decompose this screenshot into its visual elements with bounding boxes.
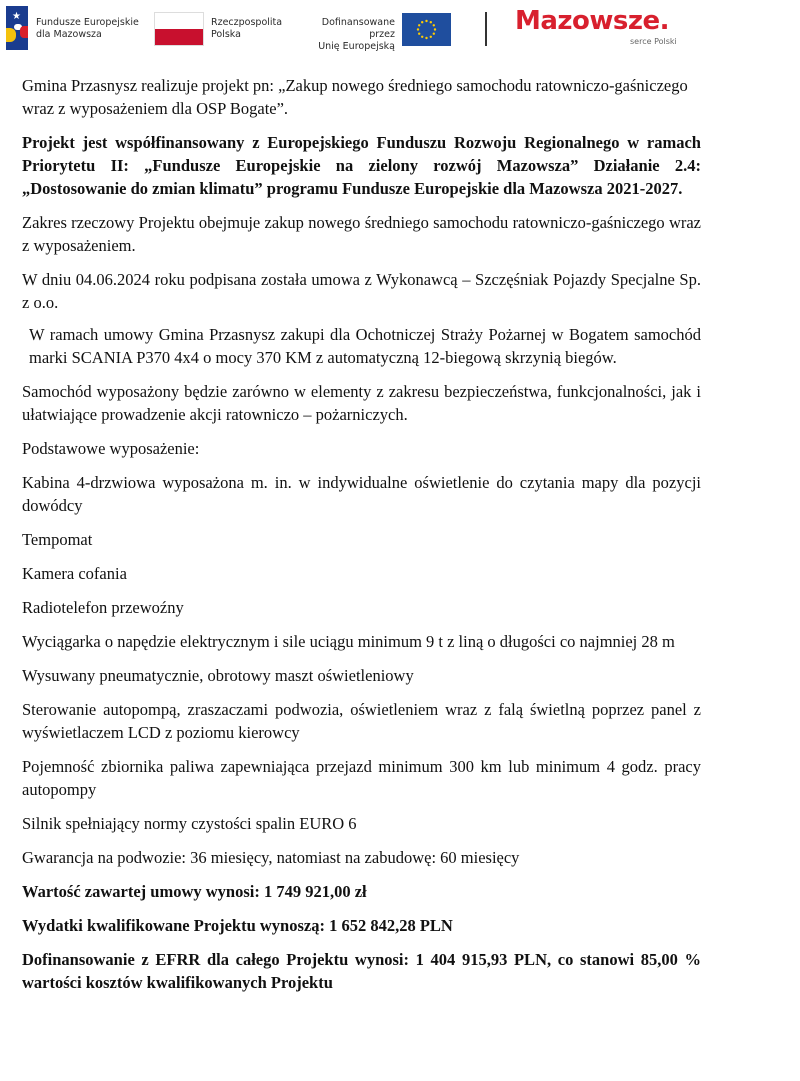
equipment-intro-paragraph: Samochód wyposażony będzie zarówno w ele… (22, 380, 701, 426)
polish-flag-icon (154, 12, 204, 46)
eu-line2: Unię Europejską (300, 41, 395, 53)
fundusze-europejskie-logo-text: Fundusze Europejskie dla Mazowsza (36, 17, 139, 41)
rzeczpospolita-logo-text: Rzeczpospolita Polska (211, 17, 282, 41)
logo-divider (485, 12, 487, 46)
contract-paragraph: W dniu 04.06.2024 roku podpisana została… (22, 268, 701, 314)
equipment-item: Kabina 4-drzwiowa wyposażona m. in. w in… (22, 471, 701, 517)
equipment-item: Silnik spełniający normy czystości spali… (22, 812, 701, 835)
rp-line1: Rzeczpospolita (211, 17, 282, 29)
equipment-item: Sterowanie autopompą, zraszaczami podwoz… (22, 698, 701, 744)
scope-paragraph: Zakres rzeczowy Projektu obejmuje zakup … (22, 211, 701, 257)
equipment-item: Radiotelefon przewoźny (22, 596, 701, 619)
mazowsze-tagline: serce Polski (630, 37, 677, 46)
vehicle-paragraph: W ramach umowy Gmina Przasnysz zakupi dl… (22, 323, 701, 369)
equipment-item: Wyciągarka o napędzie elektrycznym i sil… (22, 630, 701, 653)
eligible-costs: Wydatki kwalifikowane Projektu wynoszą: … (22, 914, 701, 937)
intro-paragraph: Gmina Przasnysz realizuje projekt pn: „Z… (22, 74, 701, 120)
fe-line2: dla Mazowsza (36, 29, 139, 41)
fe-line1: Fundusze Europejskie (36, 17, 139, 29)
eu-flag-icon (402, 13, 451, 46)
logo-bar: ★ Fundusze Europejskie dla Mazowsza Rzec… (0, 0, 800, 60)
equipment-item: Wysuwany pneumatycznie, obrotowy maszt o… (22, 664, 701, 687)
equipment-heading: Podstawowe wyposażenie: (22, 437, 701, 460)
equipment-item: Gwarancja na podwozie: 36 miesięcy, nato… (22, 846, 701, 869)
rp-line2: Polska (211, 29, 282, 41)
equipment-item: Pojemność zbiornika paliwa zapewniająca … (22, 755, 701, 801)
equipment-item: Tempomat (22, 528, 701, 551)
document-body: Gmina Przasnysz realizuje projekt pn: „Z… (22, 74, 701, 1005)
cofinancing-paragraph: Projekt jest współfinansowany z Europejs… (22, 131, 701, 200)
fundusze-europejskie-logo-icon: ★ (6, 6, 28, 50)
eu-line1: Dofinansowane przez (300, 17, 395, 41)
mazowsze-logo: Mazowsze. (515, 6, 669, 36)
contract-value: Wartość zawartej umowy wynosi: 1 749 921… (22, 880, 701, 903)
equipment-item: Kamera cofania (22, 562, 701, 585)
funding-amount: Dofinansowanie z EFRR dla całego Projekt… (22, 948, 701, 994)
eu-logo-text: Dofinansowane przez Unię Europejską (300, 17, 395, 53)
